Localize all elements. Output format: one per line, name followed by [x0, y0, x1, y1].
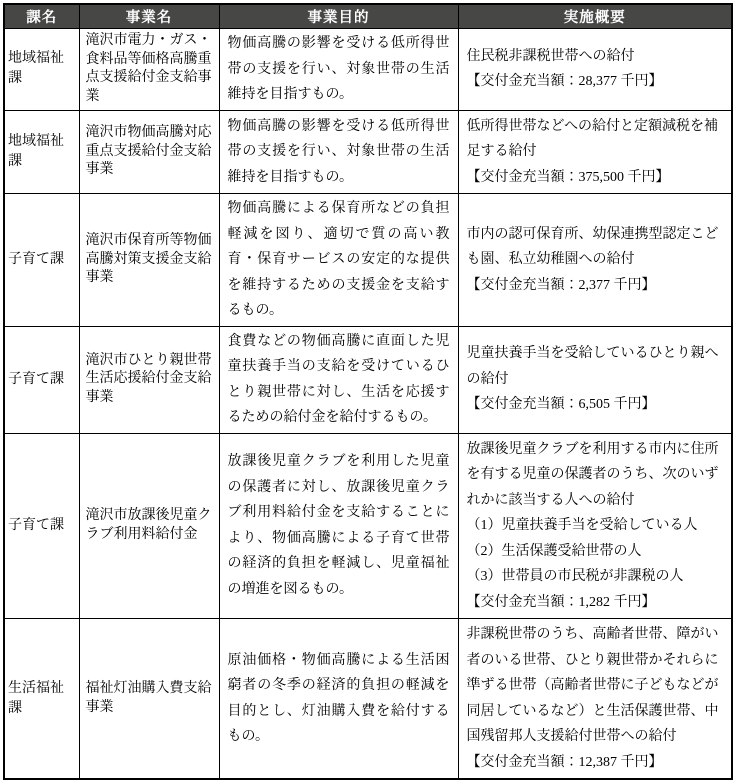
column-header-project-purpose: 事業目的: [219, 4, 458, 29]
overview-cell: 放課後児童クラブを利用する市内に住所を有する児童の保護者のうち、次のいずれかに該…: [458, 433, 732, 619]
project-name-cell: 滝沢市放課後児童クラブ利用料給付金: [79, 433, 219, 619]
allocation-amount-line: 【交付金充当額：1,282 千円】: [467, 590, 724, 616]
table-row: 地域福祉課 滝沢市物価高騰対応重点支援給付金支給事業 物価高騰の影響を受ける低所…: [4, 110, 732, 194]
department-cell: 生活福祉課: [4, 619, 79, 780]
grants-table: 課名 事業名 事業目的 実施概要 地域福祉課 滝沢市電力・ガス・食料品等価格高騰…: [3, 3, 733, 780]
table-row: 地域福祉課 滝沢市電力・ガス・食料品等価格高騰重点支援給付金支給事業 物価高騰の…: [4, 29, 732, 111]
department-cell: 地域福祉課: [4, 110, 79, 194]
overview-line: （1）児童扶養手当を受給している人: [467, 513, 724, 539]
table-row: 生活福祉課 福祉灯油購入費支給事業 原油価格・物価高騰による生活困窮者の冬季の経…: [4, 619, 732, 780]
department-cell: 子育て課: [4, 433, 79, 619]
overview-cell: 非課税世帯のうち、高齢者世帯、障がい者のいる世帯、ひとり親世帯かそれらに準ずる世…: [458, 619, 732, 780]
header-row: 課名 事業名 事業目的 実施概要: [4, 4, 732, 29]
allocation-amount-line: 【交付金充当額：375,500 千円】: [467, 165, 724, 191]
overview-line: 児童扶養手当を受給しているひとり親への給付: [467, 341, 724, 392]
purpose-cell: 物価高騰の影響を受ける低所得世帯の支援を行い、対象世帯の生活維持を目指すもの。: [219, 29, 458, 111]
purpose-cell: 物価高騰の影響を受ける低所得世帯の支援を行い、対象世帯の生活維持を目指すもの。: [219, 110, 458, 194]
project-name-cell: 福祉灯油購入費支給事業: [79, 619, 219, 780]
project-name-cell: 滝沢市保育所等物価高騰対策支援金支給事業: [79, 194, 219, 327]
table-row: 子育て課 滝沢市放課後児童クラブ利用料給付金 放課後児童クラブを利用した児童の保…: [4, 433, 732, 619]
overview-line: （2）生活保護受給世帯の人: [467, 539, 724, 565]
allocation-amount-line: 【交付金充当額：6,505 千円】: [467, 392, 724, 418]
table-row: 子育て課 滝沢市ひとり親世帯生活応援給付金支給事業 食費などの物価高騰に直面した…: [4, 326, 732, 433]
overview-line: 住民税非課税世帯への給付: [467, 44, 724, 70]
allocation-amount-line: 【交付金充当額：2,377 千円】: [467, 273, 724, 299]
department-cell: 子育て課: [4, 326, 79, 433]
department-cell: 地域福祉課: [4, 29, 79, 111]
overview-line: （3）世帯員の市民税が非課税の人: [467, 564, 724, 590]
overview-cell: 住民税非課税世帯への給付【交付金充当額：28,377 千円】: [458, 29, 732, 111]
allocation-amount-line: 【交付金充当額：28,377 千円】: [467, 69, 724, 95]
overview-line: 低所得世帯などへの給付と定額減税を補足する給付: [467, 114, 724, 165]
project-name-cell: 滝沢市ひとり親世帯生活応援給付金支給事業: [79, 326, 219, 433]
allocation-amount-line: 【交付金充当額：12,387 千円】: [467, 750, 724, 776]
department-cell: 子育て課: [4, 194, 79, 327]
overview-line: 放課後児童クラブを利用する市内に住所を有する児童の保護者のうち、次のいずれかに該…: [467, 437, 724, 514]
project-name-cell: 滝沢市電力・ガス・食料品等価格高騰重点支援給付金支給事業: [79, 29, 219, 111]
overview-cell: 市内の認可保育所、幼保連携型認定こども園、私立幼稚園への給付【交付金充当額：2,…: [458, 194, 732, 327]
purpose-cell: 放課後児童クラブを利用した児童の保護者に対し、放課後児童クラブ利用料給付金を支給…: [219, 433, 458, 619]
table-row: 子育て課 滝沢市保育所等物価高騰対策支援金支給事業 物価高騰による保育所などの負…: [4, 194, 732, 327]
overview-cell: 児童扶養手当を受給しているひとり親への給付【交付金充当額：6,505 千円】: [458, 326, 732, 433]
overview-line: 非課税世帯のうち、高齢者世帯、障がい者のいる世帯、ひとり親世帯かそれらに準ずる世…: [467, 622, 724, 750]
column-header-project-name: 事業名: [79, 4, 219, 29]
purpose-cell: 原油価格・物価高騰による生活困窮者の冬季の経済的負担の軽減を目的とし、灯油購入費…: [219, 619, 458, 780]
column-header-department: 課名: [4, 4, 79, 29]
purpose-cell: 食費などの物価高騰に直面した児童扶養手当の支給を受けているひとり親世帯に対し、生…: [219, 326, 458, 433]
purpose-cell: 物価高騰による保育所などの負担軽減を図り、適切で質の高い教育・保育サービスの安定…: [219, 194, 458, 327]
overview-line: 市内の認可保育所、幼保連携型認定こども園、私立幼稚園への給付: [467, 222, 724, 273]
document-page: 課名 事業名 事業目的 実施概要 地域福祉課 滝沢市電力・ガス・食料品等価格高騰…: [0, 0, 734, 695]
project-name-cell: 滝沢市物価高騰対応重点支援給付金支給事業: [79, 110, 219, 194]
column-header-implementation-overview: 実施概要: [458, 4, 732, 29]
overview-cell: 低所得世帯などへの給付と定額減税を補足する給付【交付金充当額：375,500 千…: [458, 110, 732, 194]
